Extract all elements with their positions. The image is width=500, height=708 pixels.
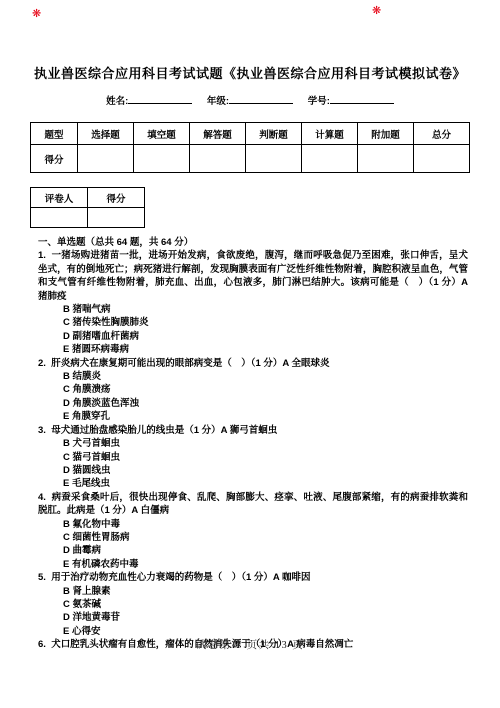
question-item: 3. 母犬通过胎盘感染胎儿的线虫是（1 分）A 狮弓首蛔虫B 犬弓首蛔虫C 猫弓… xyxy=(38,424,468,491)
question-option: E 毛尾线虫 xyxy=(38,477,468,490)
name-blank xyxy=(128,94,192,104)
section-heading: 一、单选题（总共 64 题，共 64 分） xyxy=(38,236,468,249)
question-text: 5. 用于治疗动物充血性心力衰竭的药物是（ ）（1 分）A 咖啡因 xyxy=(38,571,468,584)
score-table-header-cell: 题型 xyxy=(31,123,78,145)
score-table-header-cell: 附加题 xyxy=(358,123,414,145)
reviewer-table-empty-cell xyxy=(31,208,88,228)
question-text: 2. 肝炎病犬在康复期可能出现的眼部病变是（ ）（1 分）A 全眼球炎 xyxy=(38,357,468,370)
red-stamp-icon-right: ❋ xyxy=(372,6,381,17)
question-option: B 肾上腺素 xyxy=(38,585,468,598)
grade-blank xyxy=(229,94,293,104)
student-id-field: 学号: xyxy=(308,93,394,107)
name-field: 姓名: xyxy=(106,93,192,107)
name-label: 姓名: xyxy=(106,96,128,107)
score-table-header-cell: 解答题 xyxy=(190,123,246,145)
question-option: E 有机磷农药中毒 xyxy=(38,558,468,571)
grade-label: 年级: xyxy=(207,96,229,107)
question-option: E 角膜穿孔 xyxy=(38,410,468,423)
page-title: 执业兽医综合应用科目考试试题《执业兽医综合应用科目考试模拟试卷》 xyxy=(0,0,500,82)
question-text: 1. 一猪场购进猪苗一批，进场开始发病，食欲废绝，腹泻，继而呼吸急促乃至困难，张… xyxy=(38,249,468,303)
question-item: 4. 病蚕采食桑叶后，很快出现停食、乱爬、胸部膨大、痉挛、吐液、尾腹部紧缩，有的… xyxy=(38,491,468,571)
question-option: B 结膜炎 xyxy=(38,370,468,383)
page-footer: 试卷第 1 页共 13 页 xyxy=(0,637,500,652)
grade-field: 年级: xyxy=(207,93,293,107)
score-table-empty-cell xyxy=(358,145,414,173)
questions-list: 1. 一猪场购进猪苗一批，进场开始发病，食欲废绝，腹泻，继而呼吸急促乃至困难，张… xyxy=(38,249,468,651)
student-id-blank xyxy=(330,94,394,104)
question-option: B 氟化物中毒 xyxy=(38,518,468,531)
score-table-empty-cell xyxy=(246,145,302,173)
question-option: D 曲霉病 xyxy=(38,544,468,557)
exam-paper-page: ❋ ❋ 执业兽医综合应用科目考试试题《执业兽医综合应用科目考试模拟试卷》 姓名:… xyxy=(0,0,500,708)
score-table-empty-cell xyxy=(302,145,358,173)
student-id-label: 学号: xyxy=(308,96,330,107)
score-table-empty-cell xyxy=(414,145,470,173)
red-stamp-icon-left: ❋ xyxy=(32,9,41,20)
score-table: 题型 选择题 填空题 解答题 判断题 计算题 附加题 总分 得分 xyxy=(30,122,470,173)
exam-content: 一、单选题（总共 64 题，共 64 分） 1. 一猪场购进猪苗一批，进场开始发… xyxy=(38,236,468,652)
score-table-score-row: 得分 xyxy=(31,145,470,173)
question-option: D 洋地黄毒苷 xyxy=(38,611,468,624)
question-option: D 猫圆线虫 xyxy=(38,464,468,477)
question-text: 3. 母犬通过胎盘感染胎儿的线虫是（1 分）A 狮弓首蛔虫 xyxy=(38,424,468,437)
question-item: 1. 一猪场购进猪苗一批，进场开始发病，食欲废绝，腹泻，继而呼吸急促乃至困难，张… xyxy=(38,249,468,356)
reviewer-table-blank-row xyxy=(31,208,145,228)
question-option: B 犬弓首蛔虫 xyxy=(38,437,468,450)
question-option: C 角膜溃疡 xyxy=(38,383,468,396)
question-option: B 猪喘气病 xyxy=(38,303,468,316)
score-row-label-cell: 得分 xyxy=(31,145,78,173)
question-option: E 猪圆环病毒病 xyxy=(38,343,468,356)
reviewer-table: 评卷人 得分 xyxy=(30,187,145,228)
score-table-empty-cell xyxy=(134,145,190,173)
question-option: C 猫弓首蛔虫 xyxy=(38,451,468,464)
question-item: 5. 用于治疗动物充血性心力衰竭的药物是（ ）（1 分）A 咖啡因B 肾上腺素C… xyxy=(38,571,468,638)
question-option: C 细菌性胃肠病 xyxy=(38,531,468,544)
score-table-header-cell: 选择题 xyxy=(78,123,134,145)
reviewer-table-header-cell: 得分 xyxy=(88,188,145,208)
question-option: D 角膜淡蓝色浑浊 xyxy=(38,397,468,410)
reviewer-table-empty-cell xyxy=(88,208,145,228)
question-text: 4. 病蚕采食桑叶后，很快出现停食、乱爬、胸部膨大、痉挛、吐液、尾腹部紧缩，有的… xyxy=(38,491,468,518)
question-option: C 氨茶碱 xyxy=(38,598,468,611)
score-table-header-row: 题型 选择题 填空题 解答题 判断题 计算题 附加题 总分 xyxy=(31,123,470,145)
score-table-empty-cell xyxy=(190,145,246,173)
student-info-line: 姓名: 年级: 学号: xyxy=(0,93,500,107)
score-table-empty-cell xyxy=(78,145,134,173)
question-option: C 猪传染性胸膜肺炎 xyxy=(38,316,468,329)
score-table-header-cell: 总分 xyxy=(414,123,470,145)
question-item: 2. 肝炎病犬在康复期可能出现的眼部病变是（ ）（1 分）A 全眼球炎B 结膜炎… xyxy=(38,357,468,424)
question-option: D 副猪嗜血杆菌病 xyxy=(38,330,468,343)
score-table-header-cell: 判断题 xyxy=(246,123,302,145)
reviewer-table-header-row: 评卷人 得分 xyxy=(31,188,145,208)
score-table-header-cell: 计算题 xyxy=(302,123,358,145)
reviewer-table-header-cell: 评卷人 xyxy=(31,188,88,208)
score-table-header-cell: 填空题 xyxy=(134,123,190,145)
